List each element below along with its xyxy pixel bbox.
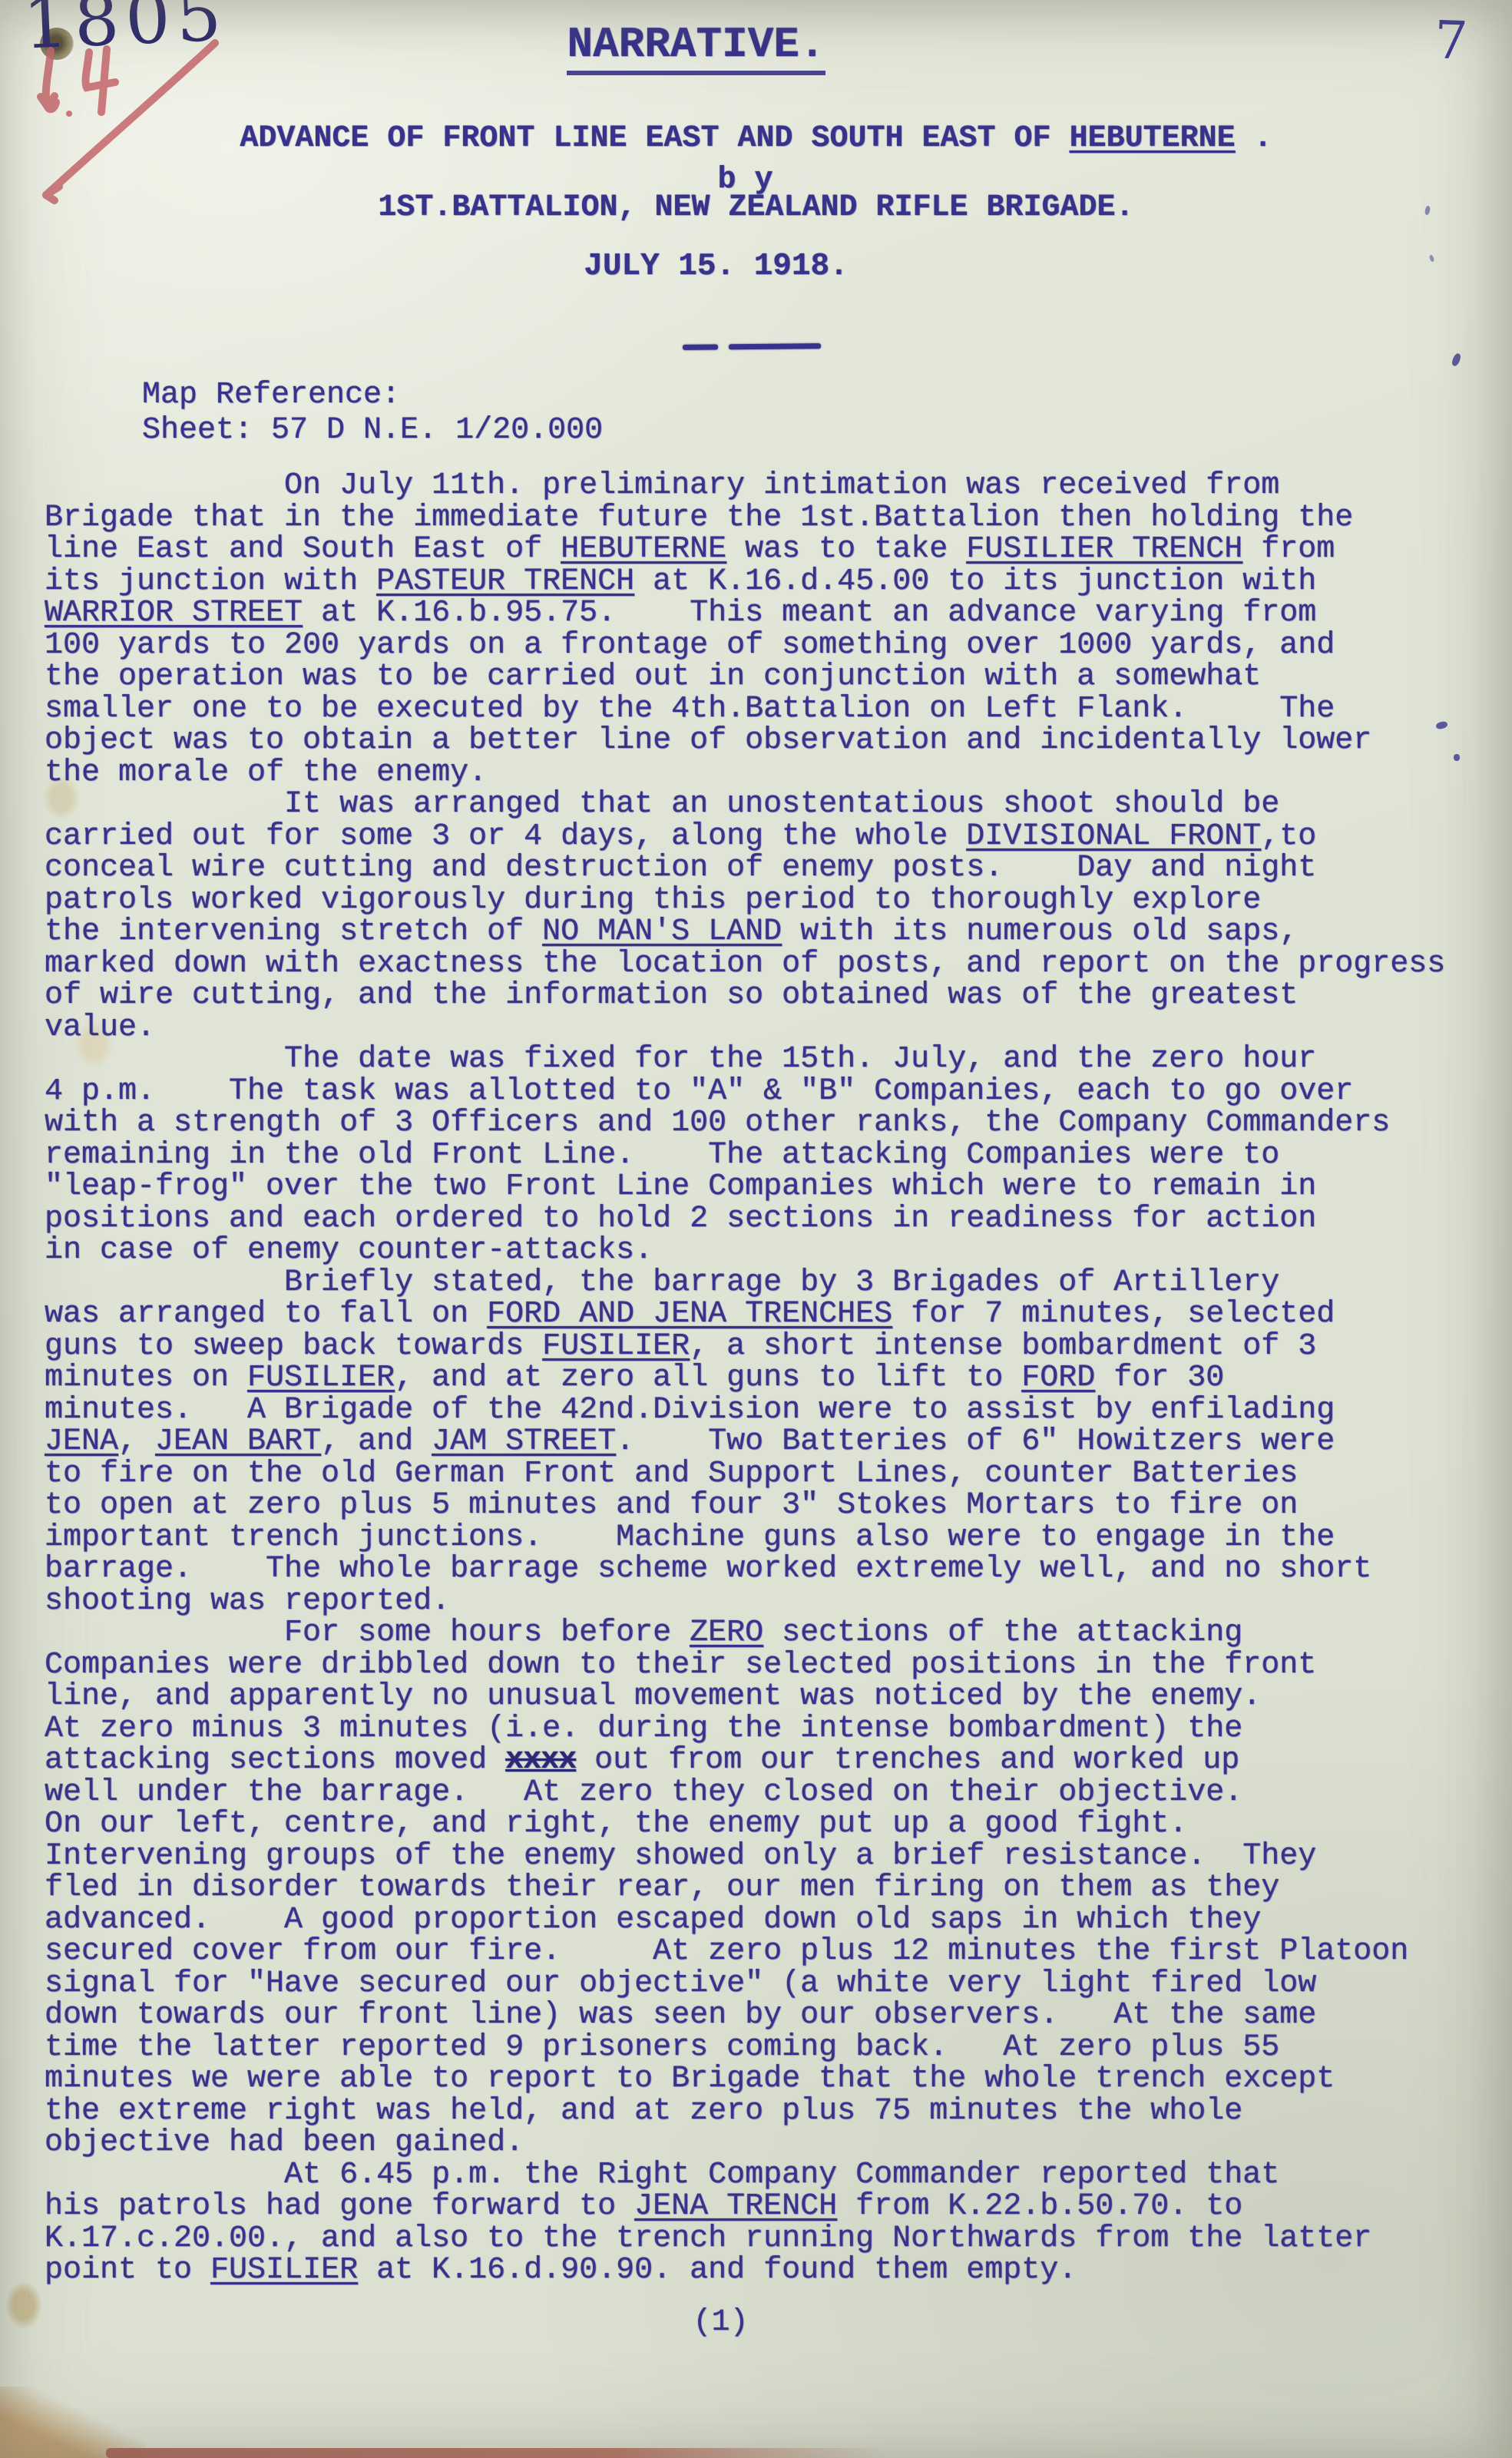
map-reference-label: Map Reference: (142, 378, 400, 412)
underlined-term: FUSILIER (542, 1329, 690, 1364)
typed-divider-line (682, 339, 820, 354)
ink-speck (1451, 352, 1462, 367)
underlined-term: JEAN BART (155, 1424, 321, 1459)
underlined-term: FUSILIER (247, 1361, 395, 1395)
underlined-term: FUSILIER (210, 2253, 358, 2288)
ink-speck (1454, 754, 1460, 761)
unit-name: 1ST.BATTALION, NEW ZEALAND RIFLE BRIGADE… (0, 190, 1512, 225)
underlined-term: FUSILIER TRENCH (966, 532, 1242, 567)
struck-out-word: xxxx (505, 1743, 576, 1778)
document-body: On July 11th. preliminary intimation was… (45, 470, 1445, 2287)
map-reference: Map Reference: Sheet: 57 D N.E. 1/20.000 (142, 378, 603, 448)
underlined-term: NO MAN'S LAND (542, 915, 782, 949)
scan-edge-artifact (106, 2448, 889, 2458)
document-title: NARRATIVE. (0, 20, 1452, 69)
underlined-term: DIVISIONAL FRONT (966, 819, 1261, 854)
underlined-term: HEBUTERNE (561, 532, 726, 567)
scanned-document-page: 1805 7 NARRATIVE. ADVANCE OF FRONT LINE … (0, 0, 1512, 2458)
underlined-term: ZERO (690, 1616, 763, 1650)
underlined-term: JAM STREET (432, 1424, 616, 1459)
underlined-term: ADVANCE OF FRONT LINE EAST AND SOUTH EAS… (240, 121, 1069, 156)
footer-page-number: (1) (0, 2305, 1477, 2340)
map-reference-sheet: Sheet: 57 D N.E. 1/20.000 (142, 413, 603, 448)
underlined-term: HEBUTERNE (1070, 121, 1236, 156)
underlined-term: JENA (45, 1424, 118, 1459)
document-title-text: NARRATIVE. (567, 20, 825, 75)
underlined-term: FORD AND JENA TRENCHES (487, 1297, 892, 1332)
underlined-term: PASTEUR TRENCH (376, 564, 634, 599)
underlined-term: WARRIOR STREET (45, 596, 303, 630)
document-date: JULY 15. 1918. (0, 249, 1472, 284)
document-subtitle: ADVANCE OF FRONT LINE EAST AND SOUTH EAS… (0, 121, 1512, 156)
underlined-term: JENA TRENCH (634, 2189, 837, 2224)
underlined-term: . (1236, 121, 1272, 156)
underlined-term: FORD (1021, 1361, 1095, 1395)
